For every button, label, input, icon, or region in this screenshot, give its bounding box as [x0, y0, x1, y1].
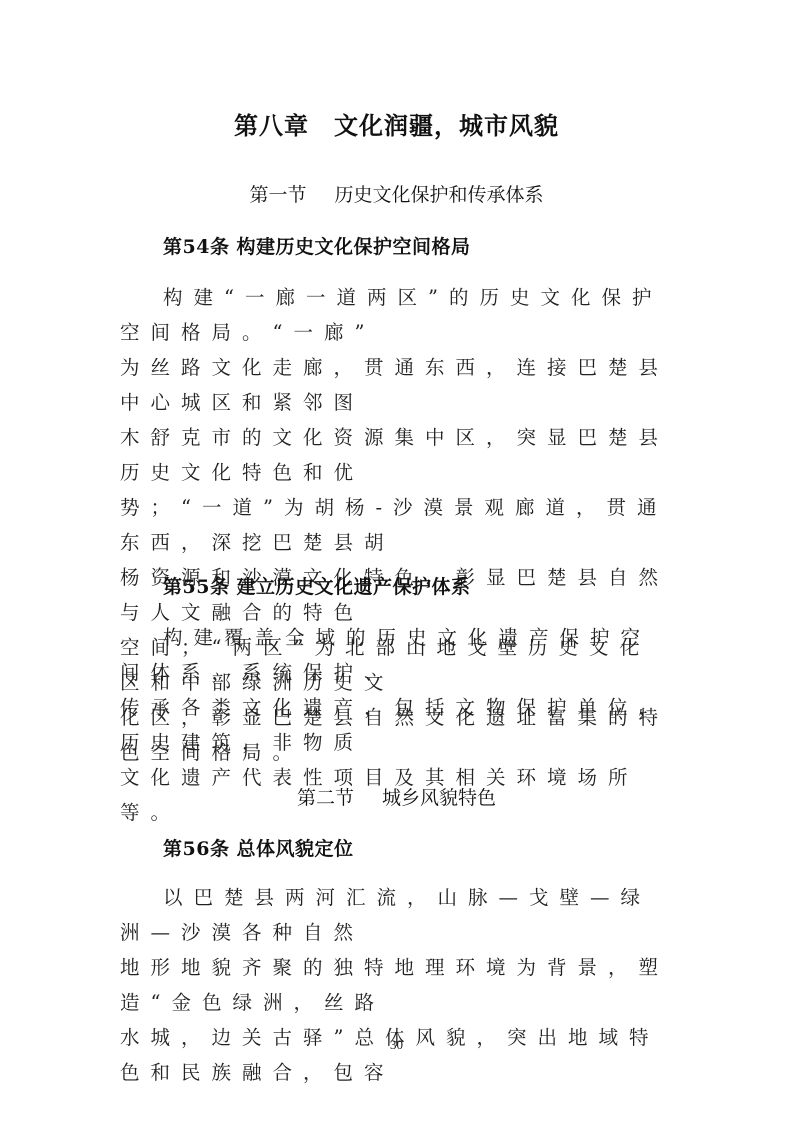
article-title-54: 第54条 构建历史文化保护空间格局: [163, 232, 471, 259]
section-number: 第二节: [297, 787, 354, 809]
paragraph-line: 以巴楚县两河汇流，山脉—戈壁—绿洲—沙漠各种自然: [120, 880, 680, 950]
paragraph-line: 为丝路文化走廊，贯通东西，连接巴楚县中心城区和紧邻图: [120, 350, 680, 420]
section-number: 第一节: [249, 184, 306, 206]
section-title-2: 第二节城乡风貌特色: [0, 783, 793, 810]
page-number: 30: [0, 1037, 793, 1053]
paragraph-line: 木舒克市的文化资源集中区，突显巴楚县历史文化特色和优: [120, 420, 680, 490]
paragraph-line: 构建“一廊一道两区”的历史文化保护空间格局。“一廊”: [120, 280, 680, 350]
paragraph-line: 构建覆盖全域的历史文化遗产保护空间体系，系统保护、: [120, 620, 680, 690]
paragraph-line: 水城，边关古驿”总体风貌，突出地域特色和民族融合，包容: [120, 1020, 680, 1090]
section-title-1: 第一节历史文化保护和传承体系: [0, 180, 793, 207]
paragraph-line: 传承各类文化遗产，包括文物保护单位，历史建筑，非物质: [120, 690, 680, 760]
chapter-title: 第八章 文化润疆，城市风貌: [0, 106, 793, 141]
section-name: 历史文化保护和传承体系: [335, 184, 544, 206]
article-title-56: 第56条 总体风貌定位: [163, 834, 354, 861]
article-title-55: 第55条 建立历史文化遗产保护体系: [163, 572, 471, 599]
paragraph-line: 地形地貌齐聚的独特地理环境为背景，塑造“金色绿洲，丝路: [120, 950, 680, 1020]
paragraph-line: 势；“一道”为胡杨-沙漠景观廊道，贯通东西，深挖巴楚县胡: [120, 490, 680, 560]
section-name: 城乡风貌特色: [382, 787, 496, 809]
document-page: 第八章 文化润疆，城市风貌 第一节历史文化保护和传承体系 第54条 构建历史文化…: [0, 0, 793, 1122]
article-56-body: 以巴楚县两河汇流，山脉—戈壁—绿洲—沙漠各种自然 地形地貌齐聚的独特地理环境为背…: [120, 880, 680, 1090]
